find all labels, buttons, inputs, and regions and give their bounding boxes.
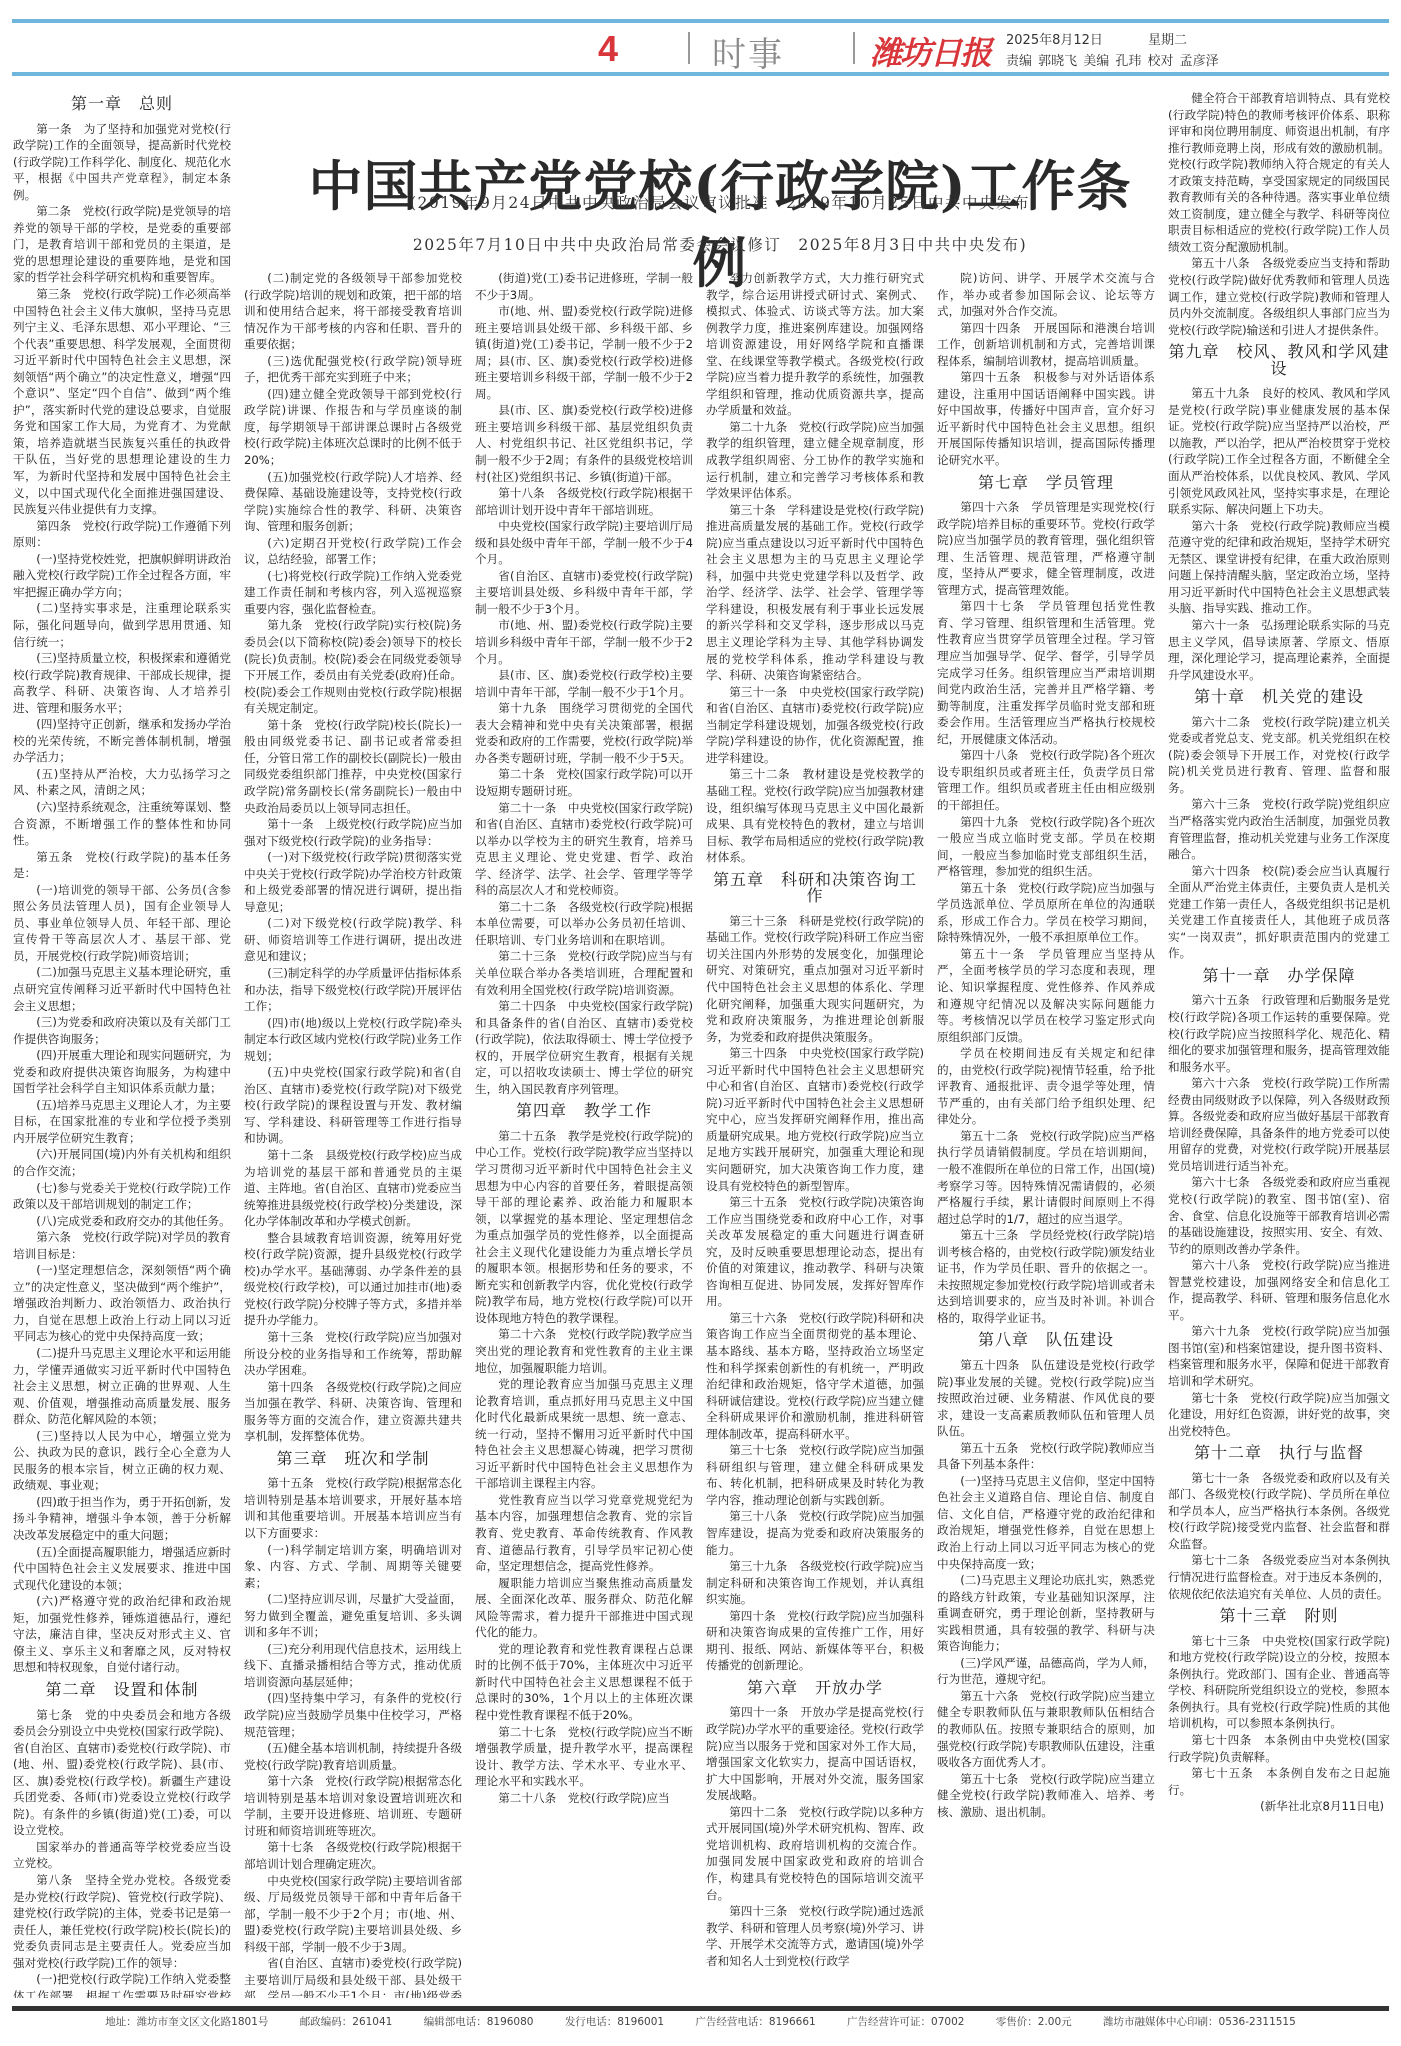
newspaper-logo: 潍坊日报 <box>870 28 990 74</box>
article-paragraph: 第二十七条 党校(行政学院)应当不断增强教学质量，提升教学水平，提高课程设计、教… <box>475 1724 693 1790</box>
article-paragraph: 第五十三条 学员经党校(行政学院)培训考核合格的，由党校(行政学院)颁发结业证书… <box>937 1227 1155 1326</box>
article-paragraph: 第六十九条 党校(行政学院)应当加强图书馆(室)和档案馆建设，提升图书资料、档案… <box>1168 1323 1390 1389</box>
article-paragraph: 省(自治区、直辖市)委党校(行政学院)主要培训县处级、乡科级中青年干部，学制一般… <box>475 568 693 618</box>
article-paragraph: 努力创新教学方式，大力推行研究式教学，综合运用讲授式研讨式、案例式、模拟式、体验… <box>706 270 924 419</box>
article-paragraph: (六)严格遵守党的政治纪律和政治规矩，加强党性修养，锤炼道德品行，遵纪守法，廉洁… <box>13 1593 231 1676</box>
article-paragraph: 第三条 党校(行政学院)工作必须高举中国特色社会主义伟大旗帜，坚持马克思列宁主义… <box>13 286 231 518</box>
article-paragraph: 第二条 党校(行政学院)是党领导的培养党的领导干部的学校，是党委的重要部门，是教… <box>13 203 231 286</box>
chapter-heading: 第八章 队伍建设 <box>937 1332 1155 1349</box>
article-paragraph: 第二十三条 党校(行政学院)应当与有关单位联合举办各类培训班，合理配置和有效利用… <box>475 948 693 998</box>
article-paragraph: 第十五条 党校(行政学院)根据常态化培训特别是基本培训要求，开展好基本培训和其他… <box>244 1475 462 1541</box>
article-paragraph: 中央党校(国家行政学院)主要培训厅局级和县处级中青年干部，学制一般不少于4个月。 <box>475 518 693 568</box>
article-paragraph: 第五十四条 队伍建设是党校(行政学院)事业发展的关键。党校(行政学院)应当按照政… <box>937 1357 1155 1440</box>
article-paragraph: 党性教育应当以学习党章党规党纪为基本内容，加强理想信念教育、党的宗旨教育、党史教… <box>475 1492 693 1575</box>
article-paragraph: 第五十七条 党校(行政学院)应当建立健全党校(行政学院)教师准入、培养、考核、激… <box>937 1771 1155 1821</box>
article-paragraph: 第二十二条 各级党校(行政学院)根据本单位需要，可以举办公务员初任培训、任职培训… <box>475 899 693 949</box>
article-paragraph: 第六十七条 各级党委和政府应当重视党校(行政学院)的教室、图书馆(室)、宿舍、食… <box>1168 1174 1390 1257</box>
article-paragraph: 第六十三条 党校(行政学院)党组织应当严格落实党内政治生活制度，加强党员教育管理… <box>1168 796 1390 862</box>
masthead-top-rule <box>12 19 1389 23</box>
chapter-heading: 第六章 开放办学 <box>706 1680 924 1697</box>
article-paragraph: 第四十条 党校(行政学院)应当加强科研和决策咨询成果的宣传推广工作，用好期刊、报… <box>706 1608 924 1674</box>
article-paragraph: (二)加强马克思主义基本理论研究，重点研究宣传阐释习近平新时代中国特色社会主义思… <box>13 964 231 1014</box>
article-paragraph: 第三十四条 中央党校(国家行政学院)习近平新时代中国特色社会主义思想研究中心和省… <box>706 1045 924 1194</box>
issue-date: 2025年8月12日 <box>1006 29 1103 48</box>
article-paragraph: 第二十八条 党校(行政学院)应当 <box>475 1790 693 1807</box>
article-paragraph: 县(市、区、旗)委党校(行政学校)主要培训中青年干部，学制一般不少于1个月。 <box>475 667 693 700</box>
article-paragraph: (一)坚持党校姓党，把旗帜鲜明讲政治融入党校(行政学院)工作全过程各方面，牢牢把… <box>13 551 231 601</box>
article-paragraph: 第四条 党校(行政学院)工作遵循下列原则： <box>13 518 231 551</box>
article-paragraph: (街道)党(工)委书记进修班，学制一般不少于3周。 <box>475 270 693 303</box>
footer-retail-price: 零售价：2.00元 <box>996 2016 1072 2028</box>
article-paragraph: (一)对下级党校(行政学院)贯彻落实党中央关于党校(行政学院)办学治校方针政策和… <box>244 849 462 915</box>
article-paragraph: 第四十四条 开展国际和港澳台培训工作，创新培训机制和方式，完善培训课程体系，编制… <box>937 320 1155 370</box>
footer-info: 地址：潍坊市奎文区文化路1801号 邮政编码：261041 编辑部电话：8196… <box>0 2014 1401 2029</box>
article-paragraph: (五)中央党校(国家行政学院)和省(自治区、直辖市)委党校(行政学院)对下级党校… <box>244 1064 462 1147</box>
article-subtitle-line-1: (2019年9月24日中共中央政治局会议审议批准 2019年10月25日中共中央… <box>290 191 1150 213</box>
article-paragraph: 第四十六条 学员管理是实现党校(行政学院)培养目标的重要环节。党校(行政学院)应… <box>937 499 1155 598</box>
article-paragraph: 第七十四条 本条例由中央党校(国家行政学院)负责解释。 <box>1168 1732 1390 1765</box>
article-paragraph: 第十一条 上级党校(行政学院)应当加强对下级党校(行政学院)的业务指导： <box>244 816 462 849</box>
article-paragraph: 第十四条 各级党校(行政学院)之间应当加强在教学、科研、决策咨询、管理和服务等方… <box>244 1379 462 1445</box>
article-column-5: 院)访问、讲学、开展学术交流与合作，举办或者参加国际会议、论坛等方式，加强对外合… <box>937 270 1155 1998</box>
chapter-heading: 第七章 学员管理 <box>937 475 1155 492</box>
article-paragraph: 第七十二条 各级党委应当对本条例执行情况进行监督检查。对于违反本条例的，依规依纪… <box>1168 1552 1390 1602</box>
article-paragraph: 第八条 坚持全党办党校。各级党委是办党校(行政学院)、管党校(行政学院)、建党校… <box>13 1872 231 1971</box>
article-paragraph: 第十八条 各级党校(行政学院)根据干部培训计划开设中青年干部培训班。 <box>475 485 693 518</box>
article-paragraph: (四)开展重大理论和现实问题研究，为党委和政府提供决策咨询服务，为构建中国哲学社… <box>13 1047 231 1097</box>
article-paragraph: (一)坚定理想信念，深刻领悟“两个确立”的决定性意义，坚决做到“两个维护”，增强… <box>13 1262 231 1345</box>
article-paragraph: (二)坚持实事求是，注重理论联系实际，强化问题导向，做到学思用贯通、知信行统一； <box>13 600 231 650</box>
issue-weekday: 星期二 <box>1148 29 1187 48</box>
article-paragraph: (五)全面提高履职能力，增强适应新时代中国特色社会主义发展要求、推进中国式现代化… <box>13 1544 231 1594</box>
article-paragraph: 第十条 党校(行政学院)校长(院长)一般由同级党委书记、副书记或者常委担任，分管… <box>244 717 462 816</box>
article-paragraph: 第五十六条 党校(行政学院)应当建立健全专职教师队伍与兼职教师队伍相结合的教师队… <box>937 1688 1155 1771</box>
article-paragraph: (六)定期召开党校(行政学院)工作会议，总结经验，部署工作； <box>244 535 462 568</box>
article-paragraph: (三)为党委和政府决策以及有关部门工作提供咨询服务； <box>13 1014 231 1047</box>
footer-editorial-phone: 编辑部电话：8196080 <box>424 2016 534 2028</box>
article-paragraph: (四)建立健全党政领导干部到党校(行政学院)讲课、作报告和与学员座谈的制度，每学… <box>244 386 462 469</box>
chapter-heading: 第九章 校风、教风和学风建设 <box>1168 344 1390 377</box>
footer-ad-license: 广告经营许可证：07002 <box>847 2016 964 2028</box>
article-paragraph: (八)完成党委和政府交办的其他任务。 <box>13 1213 231 1230</box>
article-paragraph: 第六十四条 校(院)委会应当认真履行全面从严治党主体责任，主要负责人是机关党建工… <box>1168 863 1390 962</box>
article-paragraph: 第三十五条 党校(行政学院)决策咨询工作应当围绕党委和政府中心工作，对事关改革发… <box>706 1194 924 1310</box>
masthead-bottom-rule <box>12 72 1389 76</box>
footer-postcode: 邮政编码：261041 <box>300 2016 393 2028</box>
article-paragraph: 党的理论教育和党性教育课程占总课时的比例不低于70%，主体班次中习近平新时代中国… <box>475 1641 693 1724</box>
chapter-heading: 第十二章 执行与监督 <box>1168 1445 1390 1462</box>
article-paragraph: 县(市、区、旗)委党校(行政学校)进修班主要培训乡科级干部、基层党组织负责人、村… <box>475 402 693 485</box>
article-paragraph: 第七十条 党校(行政学院)应当加强文化建设，用好红色资源，讲好党的故事，突出党校… <box>1168 1390 1390 1440</box>
article-paragraph: 第六十二条 党校(行政学院)建立机关党委或者党总支、党支部。机关党组织在校(院)… <box>1168 714 1390 797</box>
article-paragraph: 第三十九条 各级党校(行政学院)应当制定科研和决策咨询工作规划，并认真组织实施。 <box>706 1558 924 1608</box>
article-paragraph: 第七十五条 本条例自发布之日起施行。 <box>1168 1765 1390 1798</box>
article-paragraph: 党的理论教育应当加强马克思主义理论教育培训，重点抓好用马克思主义中国化时代化最新… <box>475 1376 693 1492</box>
article-paragraph: (三)坚持以人民为中心，增强立党为公、执政为民的意识，践行全心全意为人民服务的根… <box>13 1428 231 1494</box>
article-paragraph: 第四十九条 党校(行政学院)各个班次一般应当成立临时党支部。学员在校期间，一般应… <box>937 814 1155 880</box>
article-paragraph: 市(地、州、盟)委党校(行政学院)主要培训乡科级中青年干部，学制一般不少于2个月… <box>475 617 693 667</box>
article-paragraph: 第五十一条 学员管理应当坚持从严，全面考核学员的学习态度和表现，理论、知识掌握程… <box>937 946 1155 1045</box>
article-column-1: 第一章 总则第一条 为了坚持和加强党对党校(行政学院)工作的全面领导，提高新时代… <box>13 90 231 1998</box>
article-paragraph: 第六十五条 行政管理和后勤服务是党校(行政学院)各项工作运转的重要保障。党校(行… <box>1168 992 1390 1075</box>
article-paragraph: 第三十六条 党校(行政学院)科研和决策咨询工作应当全面贯彻党的基本理论、基本路线… <box>706 1310 924 1442</box>
article-paragraph: (五)健全基本培训机制，持续提升各级党校(行政学院)教育培训质量。 <box>244 1740 462 1773</box>
article-paragraph: 第三十二条 教材建设是党校教学的基础工程。党校(行政学院)应当加强教材建设，组织… <box>706 766 924 865</box>
article-paragraph: (七)将党校(行政学院)工作纳入党委党建工作责任制和考核内容，列入巡视巡察重要内… <box>244 568 462 618</box>
article-paragraph: (五)培养马克思主义理论人才，为主要目标，在国家批准的专业和学位授予类别内开展学… <box>13 1097 231 1147</box>
article-paragraph: 第二十一条 中央党校(国家行政学院)和省(自治区、直辖市)委党校(行政学院)可以… <box>475 800 693 899</box>
article-paragraph: 第四十一条 开放办学是提高党校(行政学院)办学水平的重要途径。党校(行政学院)应… <box>706 1704 924 1803</box>
article-paragraph: 第五十八条 各级党委应当支持和帮助党校(行政学院)做好优秀教师和管理人员选调工作… <box>1168 255 1390 338</box>
article-paragraph: 第四十二条 党校(行政学院)以多种方式开展同国(境)外学术研究机构、智库、政党培… <box>706 1804 924 1903</box>
article-paragraph: 国家举办的普通高等学校党委应当设立党校。 <box>13 1839 231 1872</box>
article-subtitle-line-2: 2025年7月10日中共中央政治局常委会会议修订 2025年8月3日中共中央发布… <box>290 233 1150 255</box>
article-paragraph: 第五十条 党校(行政学院)应当加强与学员选派单位、学员原所在单位的沟通联系，形成… <box>937 880 1155 946</box>
article-paragraph: 第三十八条 党校(行政学院)应当加强智库建设，提高为党委和政府决策服务的能力。 <box>706 1508 924 1558</box>
masthead: 4 时事 潍坊日报 2025年8月12日 星期二 责编 郭晓飞 美编 孔玮 校对… <box>0 24 1401 72</box>
article-paragraph: 中央党校(国家行政学院)主要培训省部级、厅局级党员领导干部和中青年后备干部，学制… <box>244 1873 462 1956</box>
article-paragraph: (七)参与党委关于党校(行政学院)工作政策以及干部培训规划的制定工作； <box>13 1180 231 1213</box>
chapter-heading: 第十三章 附则 <box>1168 1608 1390 1625</box>
article-paragraph: 第五十二条 党校(行政学院)应当严格执行学员请销假制度。学员在培训期间，一般不准… <box>937 1128 1155 1227</box>
article-paragraph: 第二十五条 教学是党校(行政学院)的中心工作。党校(行政学院)教学应当坚持以学习… <box>475 1128 693 1327</box>
article-paragraph: 第六十条 党校(行政学院)教师应当模范遵守党的纪律和政治规矩，坚持学术研究无禁区… <box>1168 518 1390 617</box>
article-paragraph: 第九条 党校(行政学院)实行校(院)务委员会(以下简称校(院)委会)领导下的校长… <box>244 617 462 716</box>
article-paragraph: 第三十一条 中央党校(国家行政学院)和省(自治区、直辖市)委党校(行政学院)应当… <box>706 684 924 767</box>
masthead-divider <box>853 32 855 64</box>
article-paragraph: (一)把党校(行政学院)工作纳入党委整体工作部署，根据工作需要及时研究党校(行政… <box>13 1971 231 1998</box>
page-number: 4 <box>598 28 618 70</box>
article-paragraph: 第三十条 学科建设是党校(行政学院)推进高质量发展的基础工作。党校(行政学院)应… <box>706 502 924 684</box>
article-paragraph: (四)坚持守正创新，继承和发扬办学治校的光荣传统，不断完善体制机制，增强办学活力… <box>13 716 231 766</box>
article-paragraph: (五)坚持从严治校，大力弘扬学习之风、朴素之风，清朗之风； <box>13 766 231 799</box>
article-paragraph: 省(自治区、直辖市)委党校(行政学院)主要培训厅局级和县处级干部、县处级干部，学… <box>244 1955 462 1998</box>
article-paragraph: (一)坚持马克思主义信仰，坚定中国特色社会主义道路自信、理论自信、制度自信、文化… <box>937 1473 1155 1572</box>
article-paragraph: 第五十九条 良好的校风、教风和学风是党校(行政学院)事业健康发展的基本保证。党校… <box>1168 385 1390 517</box>
article-paragraph: (三)制定科学的办学质量评估指标体系和办法，指导下级党校(行政学院)开展评估工作… <box>244 965 462 1015</box>
article-paragraph: (四)敢于担当作为，勇于开拓创新，发扬斗争精神，增强斗争本领，善于分析解决改革发… <box>13 1494 231 1544</box>
article-paragraph: 第四十五条 积极参与对外话语体系建设，注重用中国话语阐释中国实践。讲好中国故事，… <box>937 369 1155 468</box>
article-paragraph: 履职能力培训应当聚焦推动高质量发展、全面深化改革、服务群众、防范化解风险等需求，… <box>475 1575 693 1641</box>
article-paragraph: (二)马克思主义理论功底扎实，熟悉党的路线方针政策，专业基础知识深厚，注重调查研… <box>937 1572 1155 1655</box>
article-paragraph: (六)开展同国(境)内外有关机构和组织的合作交流； <box>13 1146 231 1179</box>
article-paragraph: 第六条 党校(行政学院)对学员的教育培训目标是： <box>13 1229 231 1262</box>
chapter-heading: 第一章 总则 <box>13 96 231 113</box>
footer-rule <box>12 2006 1389 2011</box>
article-paragraph: (三)充分利用现代信息技术，运用线上线下、直播录播相结合等方式，推动优质培训资源… <box>244 1641 462 1691</box>
article-paragraph: 整合县域教育培训资源，统筹用好党校(行政学院)资源，提升县级党校(行政学校)办学… <box>244 1230 462 1329</box>
footer-distribution-phone: 发行电话：8196001 <box>565 2016 664 2028</box>
article-paragraph: 第七十一条 各级党委和政府以及有关部门、各级党校(行政学院)、学员所在单位和学员… <box>1168 1470 1390 1553</box>
article-paragraph: 第二十九条 党校(行政学院)应当加强教学的组织管理，建立健全规章制度，形成教学组… <box>706 419 924 502</box>
footer-ad-phone: 广告经营电话：8196661 <box>695 2016 815 2028</box>
chapter-heading: 第十章 机关党的建设 <box>1168 689 1390 706</box>
article-paragraph: (二)对下级党校(行政学院)教学、科研、师资培训等工作进行调研，提出改进意见和建… <box>244 915 462 965</box>
chapter-heading: 第三章 班次和学制 <box>244 1451 462 1468</box>
dateline: (新华社北京8月11日电) <box>1168 1798 1390 1815</box>
article-paragraph: (三)选优配强党校(行政学院)领导班子，把优秀干部充实到班子中来； <box>244 353 462 386</box>
article-paragraph: (六)坚持系统观念，注重统筹谋划、整合资源，不断增强工作的整体性和协同性。 <box>13 799 231 849</box>
article-paragraph: 第十九条 围绕学习贯彻党的全国代表大会精神和党中央有关决策部署，根据党委和政府的… <box>475 700 693 766</box>
article-paragraph: 第六十八条 党校(行政学院)应当推进智慧党校建设，加强网络安全和信息化工作，提高… <box>1168 1257 1390 1323</box>
article-paragraph: 院)访问、讲学、开展学术交流与合作，举办或者参加国际会议、论坛等方式，加强对外合… <box>937 270 1155 320</box>
article-paragraph: (四)市(地)级以上党校(行政学院)牵头制定本行政区域内党校(行政学院)业务工作… <box>244 1015 462 1065</box>
article-paragraph: 第七十三条 中央党校(国家行政学院)和地方党校(行政学院)设立的分校，按照本条例… <box>1168 1633 1390 1732</box>
masthead-divider <box>688 32 690 64</box>
article-paragraph: 第七条 党的中央委员会和地方各级委员会分别设立中央党校(国家行政学院)、省(自治… <box>13 1707 231 1839</box>
article-paragraph: 第四十七条 学员管理包括党性教育、学习管理、组织管理和生活管理。党性教育应当贯穿… <box>937 598 1155 747</box>
chapter-heading: 第二章 设置和体制 <box>13 1682 231 1699</box>
chapter-heading: 第五章 科研和决策咨询工作 <box>706 872 924 905</box>
editor-credits: 责编 郭晓飞 美编 孔玮 校对 孟彦泽 <box>1006 50 1219 69</box>
article-paragraph: 第三十三条 科研是党校(行政学院)的基础工作。党校(行政学院)科研工作应当密切关… <box>706 913 924 1045</box>
chapter-heading: 第十一章 办学保障 <box>1168 968 1390 985</box>
article-paragraph: 健全符合干部教育培训特点、具有党校(行政学院)特色的教师考核评价体系、职称评审和… <box>1168 90 1390 255</box>
article-paragraph: 第五十五条 党校(行政学院)教师应当具备下列基本条件： <box>937 1440 1155 1473</box>
article-paragraph: 第六十六条 党校(行政学院)工作所需经费由同级财政予以保障，列入各级财政预算。各… <box>1168 1075 1390 1174</box>
article-paragraph: 第四十三条 党校(行政学院)通过选派教学、科研和管理人员考察(境)外学习、讲学、… <box>706 1903 924 1969</box>
article-paragraph: (一)科学制定培训方案，明确培训对象、内容、方式、学制、周期等关键要素； <box>244 1542 462 1592</box>
article-paragraph: 第六十一条 弘扬理论联系实际的马克思主义学风，倡导读原著、学原文、悟原理，深化理… <box>1168 617 1390 683</box>
chapter-heading: 第四章 教学工作 <box>475 1103 693 1120</box>
article-paragraph: (三)学风严谨，品德高尚，学为人师，行为世范，遵规守纪。 <box>937 1655 1155 1688</box>
article-paragraph: (二)制定党的各级领导干部参加党校(行政学院)培训的规划和政策，把干部的培训和使… <box>244 270 462 353</box>
article-paragraph: 第五条 党校(行政学院)的基本任务是： <box>13 849 231 882</box>
article-paragraph: 第一条 为了坚持和加强党对党校(行政学院)工作的全面领导，提高新时代党校(行政学… <box>13 121 231 204</box>
article-paragraph: 第十六条 党校(行政学院)根据常态化培训特别是基本培训对象设置培训班次和学制，主… <box>244 1773 462 1839</box>
article-column-2: (二)制定党的各级领导干部参加党校(行政学院)培训的规划和政策，把干部的培训和使… <box>244 270 462 1998</box>
article-column-4: 努力创新教学方式，大力推行研究式教学，综合运用讲授式研讨式、案例式、模拟式、体验… <box>706 270 924 1998</box>
article-paragraph: 第四十八条 党校(行政学院)各个班次设专职组织员或者班主任，负责学员日常管理工作… <box>937 747 1155 813</box>
footer-address: 地址：潍坊市奎文区文化路1801号 <box>105 2016 268 2028</box>
article-paragraph: 市(地、州、盟)委党校(行政学院)进修班主要培训县处级干部、乡科级干部、乡镇(街… <box>475 303 693 402</box>
article-paragraph: (三)坚持质量立校，积极探索和遵循党校(行政学院)教育规律、干部成长规律，提高教… <box>13 650 231 716</box>
article-column-6: 健全符合干部教育培训特点、具有党校(行政学院)特色的教师考核评价体系、职称评审和… <box>1168 90 1390 1998</box>
article-paragraph: 第二十四条 中央党校(国家行政学院)和具备条件的省(自治区、直辖市)委党校(行政… <box>475 998 693 1097</box>
article-paragraph: (一)培训党的领导干部、公务员(含参照公务员法管理人员)，国有企业领导人员、事业… <box>13 882 231 965</box>
article-paragraph: 第十二条 县级党校(行政学校)应当成为培训党的基层干部和普通党员的主渠道、主阵地… <box>244 1147 462 1230</box>
article-paragraph: 第十七条 各级党校(行政学院)根据干部培训计划合理确定班次。 <box>244 1839 462 1872</box>
article-paragraph: 第十三条 党校(行政学院)应当加强对所设分校的业务指导和工作统筹，帮助解决办学困… <box>244 1329 462 1379</box>
section-name: 时事 <box>712 27 784 76</box>
article-paragraph: 第二十六条 党校(行政学院)教学应当突出党的理论教育和党性教育的主业主课地位，加… <box>475 1326 693 1376</box>
article-paragraph: 学员在校期间违反有关规定和纪律的，由党校(行政学院)视情节轻重，给予批评教育、通… <box>937 1045 1155 1128</box>
article-paragraph: (五)加强党校(行政学院)人才培养、经费保障、基础设施建设等，支持党校(行政学院… <box>244 469 462 535</box>
footer-printer: 潍坊市融媒体中心印刷：0536-2311515 <box>1103 2016 1296 2028</box>
article-column-3: (街道)党(工)委书记进修班，学制一般不少于3周。市(地、州、盟)委党校(行政学… <box>475 270 693 1998</box>
article-paragraph: (二)坚持应训尽训，尽量扩大受益面，努力做到全覆盖，避免重复培训、多头调训和多年… <box>244 1591 462 1641</box>
article-paragraph: (二)提升马克思主义理论水平和运用能力，学懂弄通做实习近平新时代中国特色社会主义… <box>13 1345 231 1428</box>
article-paragraph: 第三十七条 党校(行政学院)应当加强科研组织与管理，建立健全科研成果发布、转化机… <box>706 1442 924 1508</box>
article-paragraph: 第二十条 党校(国家行政学院)可以开设短期专题研讨班。 <box>475 766 693 799</box>
article-paragraph: (四)坚持集中学习，有条件的党校(行政学院)应当鼓励学员集中住校学习，严格规范管… <box>244 1690 462 1740</box>
